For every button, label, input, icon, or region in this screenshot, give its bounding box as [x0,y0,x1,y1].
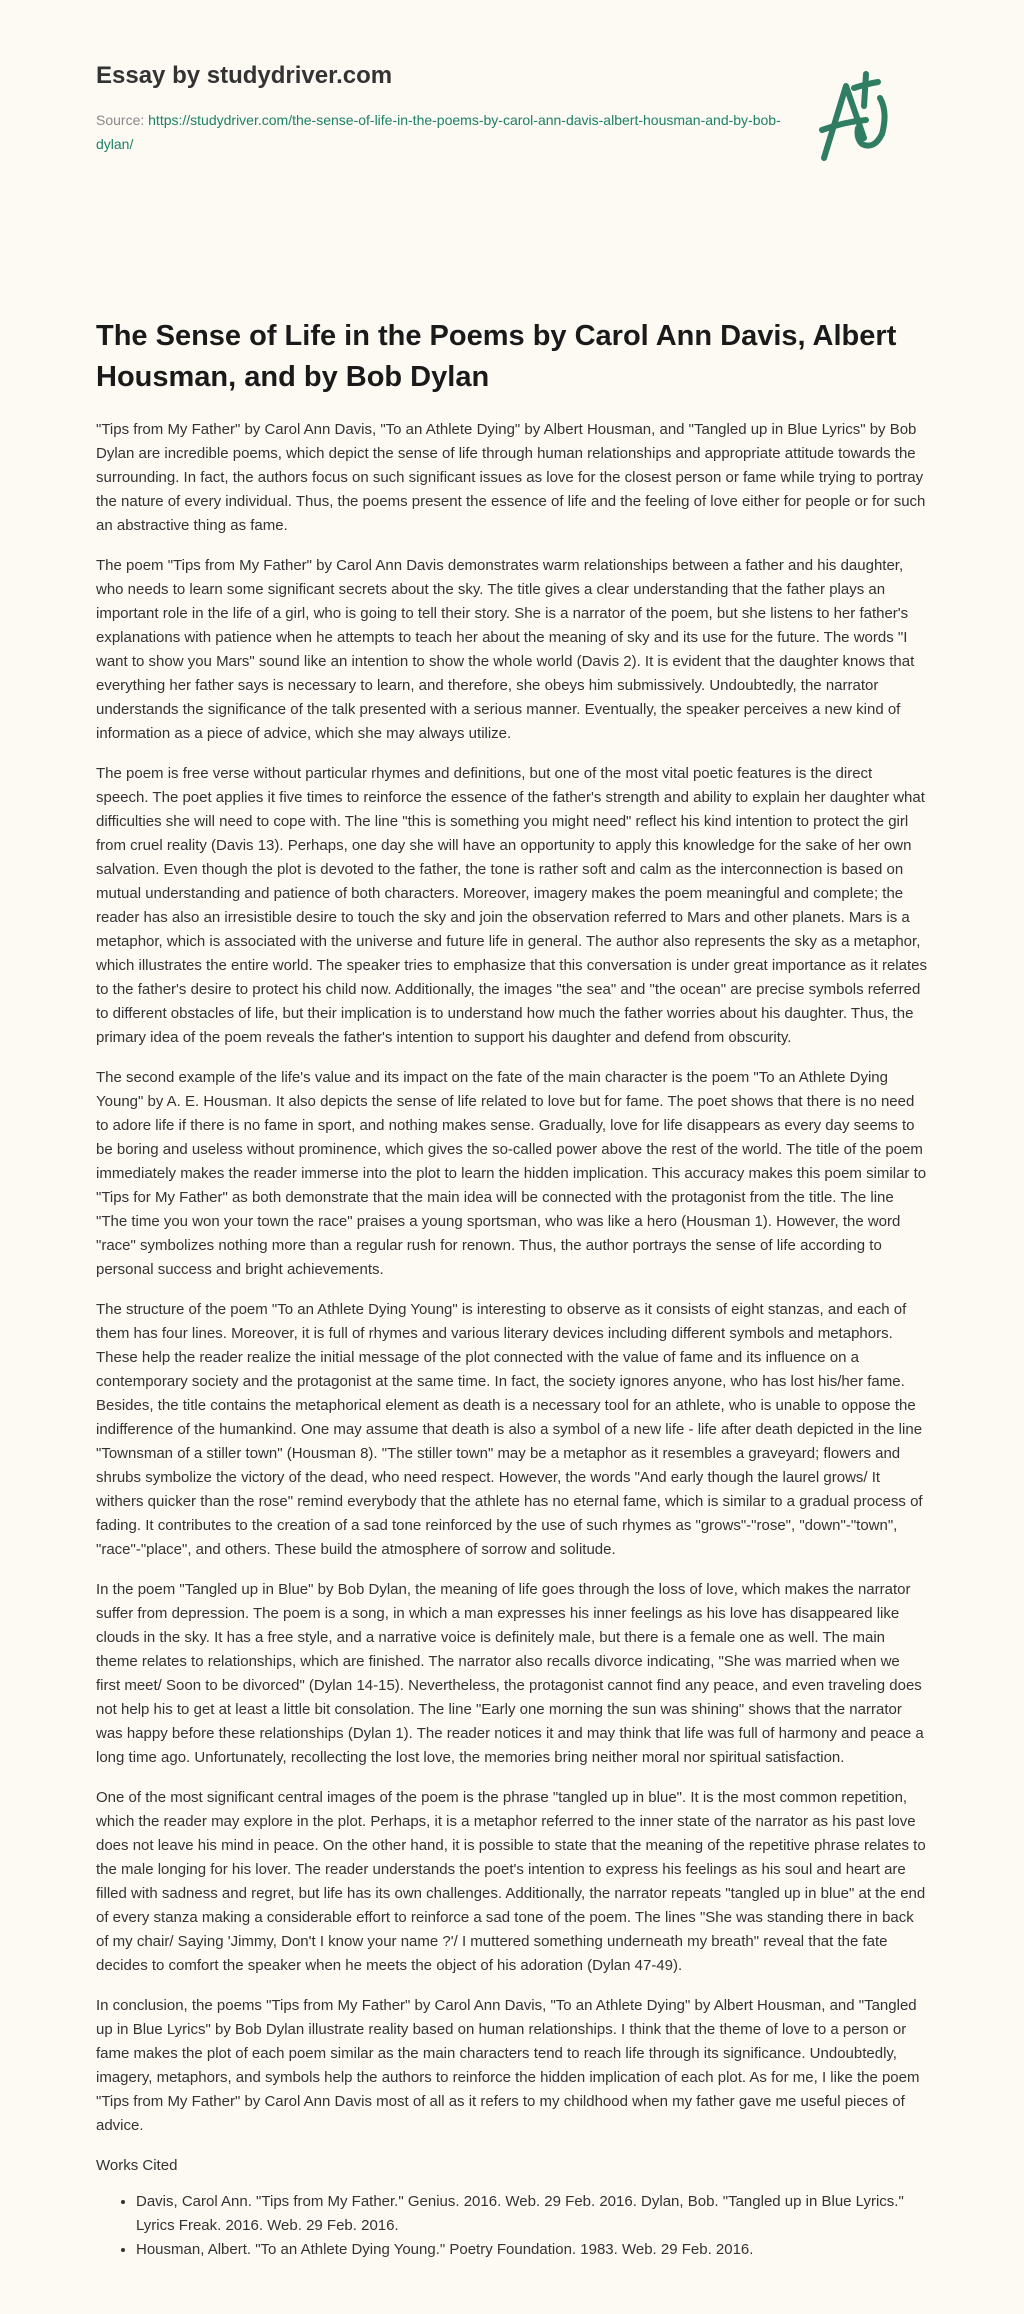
page-header: Essay by studydriver.com Source: https:/… [96,62,928,252]
essay-paragraph: The second example of the life's value a… [96,1066,928,1282]
essay-body: "Tips from My Father" by Carol Ann Davis… [96,418,928,2138]
works-cited-list: Davis, Carol Ann. "Tips from My Father."… [96,2190,928,2262]
essay-title: The Sense of Life in the Poems by Carol … [96,316,926,398]
essay-paragraph: The poem is free verse without particula… [96,762,928,1050]
essay-paragraph: The poem "Tips from My Father" by Carol … [96,554,928,746]
essay-paragraph: One of the most significant central imag… [96,1786,928,1978]
essay-paragraph: The structure of the poem "To an Athlete… [96,1298,928,1562]
a-plus-grade-icon [818,68,898,168]
source-link[interactable]: https://studydriver.com/the-sense-of-lif… [96,112,781,152]
page: Essay by studydriver.com Source: https:/… [0,0,1024,2302]
source-line: Source: https://studydriver.com/the-sens… [96,108,786,156]
essay-paragraph: In conclusion, the poems "Tips from My F… [96,1994,928,2138]
citation-item: Housman, Albert. "To an Athlete Dying Yo… [136,2238,928,2262]
citation-item: Davis, Carol Ann. "Tips from My Father."… [136,2190,928,2238]
essay-paragraph: In the poem "Tangled up in Blue" by Bob … [96,1578,928,1770]
site-title: Essay by studydriver.com [96,62,928,90]
essay-paragraph: "Tips from My Father" by Carol Ann Davis… [96,418,928,538]
source-label: Source: [96,112,148,128]
works-cited-heading: Works Cited [96,2154,928,2178]
